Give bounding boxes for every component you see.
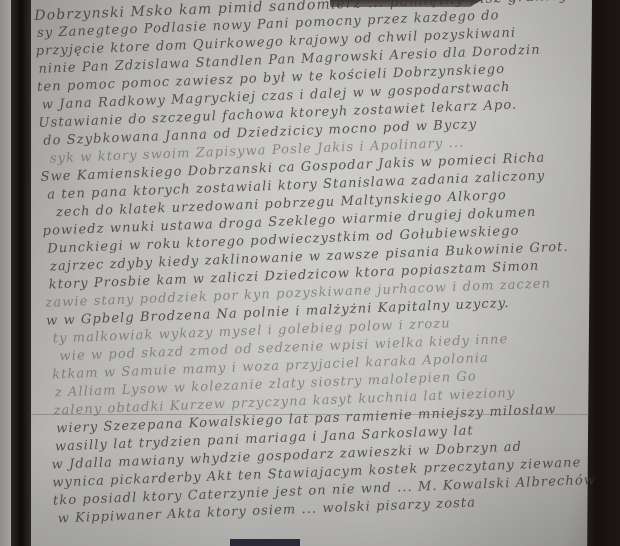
faint-fold-line xyxy=(30,414,590,415)
adjacent-page-strip xyxy=(0,0,11,546)
book-binding-gutter xyxy=(11,0,31,546)
bottom-page-tab xyxy=(230,539,300,546)
handwritten-text-block: Dobrzynski Msko kam pimid sandomierz ...… xyxy=(34,0,602,546)
